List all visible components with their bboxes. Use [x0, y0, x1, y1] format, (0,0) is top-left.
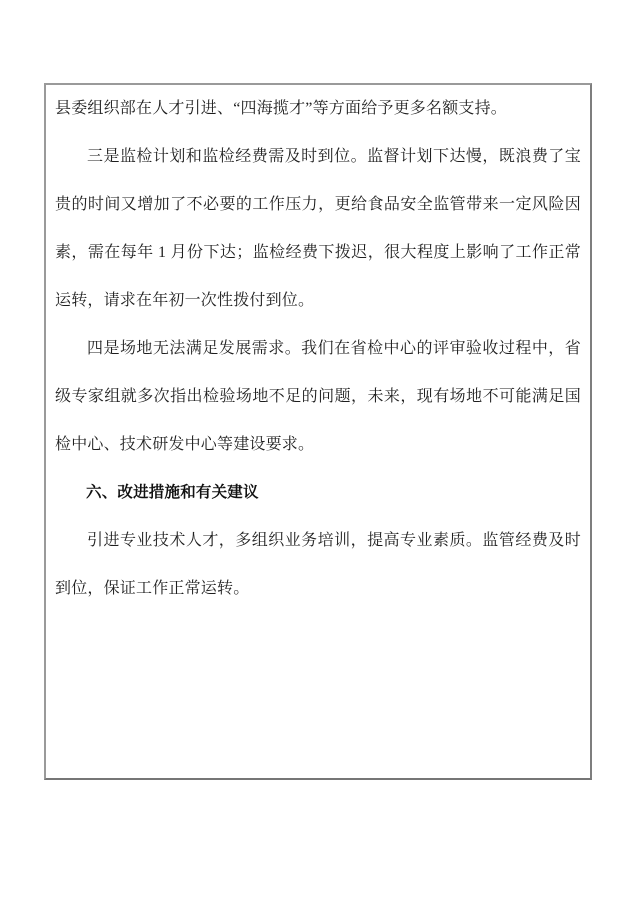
- paragraph: 四是场地无法满足发展需求。我们在省检中心的评审验收过程中，省级专家组就多次指出检…: [55, 325, 581, 469]
- paragraph: 引进专业技术人才，多组织业务培训，提高专业素质。监管经费及时到位，保证工作正常运…: [55, 517, 581, 613]
- document-text-area: 县委组织部在人才引进、“四海揽才”等方面给予更多名额支持。三是监检计划和监检经费…: [55, 85, 581, 613]
- document-page: 县委组织部在人才引进、“四海揽才”等方面给予更多名额支持。三是监检计划和监检经费…: [0, 0, 636, 900]
- table-cell-border: 县委组织部在人才引进、“四海揽才”等方面给予更多名额支持。三是监检计划和监检经费…: [44, 83, 592, 780]
- section-heading: 六、改进措施和有关建议: [55, 469, 581, 517]
- paragraph: 县委组织部在人才引进、“四海揽才”等方面给予更多名额支持。: [55, 85, 581, 133]
- paragraph: 三是监检计划和监检经费需及时到位。监督计划下达慢，既浪费了宝贵的时间又增加了不必…: [55, 133, 581, 325]
